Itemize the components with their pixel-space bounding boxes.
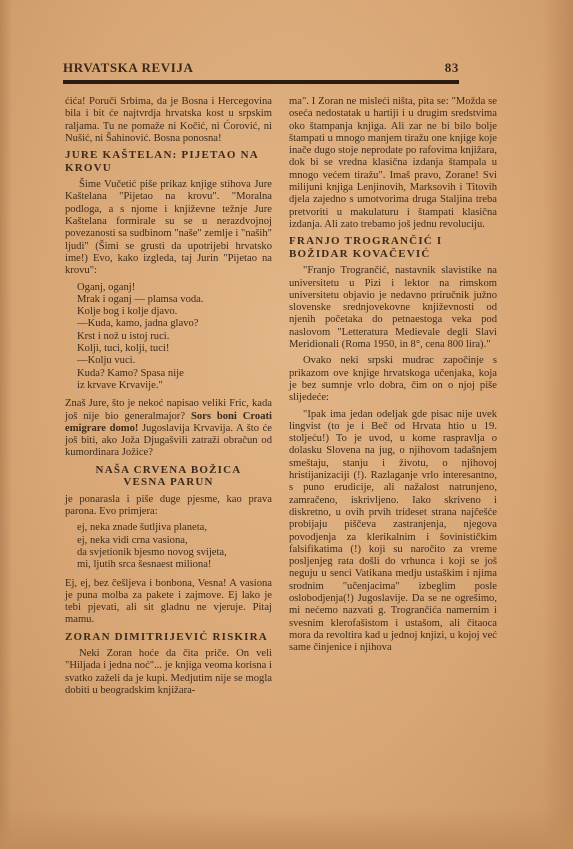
- section-heading-dimitrijevic: ZORAN DIMITRIJEVIĆ RISKIRA: [65, 631, 272, 644]
- intro-paragraph: ćića! Poruči Srbima, da je Bosna i Herce…: [65, 96, 272, 145]
- poem-line: ej, neka znade šutljiva planeta,: [77, 522, 272, 534]
- poem-line: Oganj, oganj!: [77, 282, 272, 294]
- poem-line: iz krvave Krvavije.": [77, 380, 272, 392]
- journal-title: HRVATSKA REVIJA: [63, 60, 194, 76]
- heading-line: VESNA PARUN: [123, 476, 213, 488]
- left-column: ćića! Poruči Srbima, da je Bosna i Herce…: [65, 96, 272, 701]
- trograncic-paragraph-2: Ovako neki srpski mudrac započinje s pri…: [289, 355, 497, 404]
- right-column: ma". I Zoran ne misleći ništa, pita se: …: [289, 96, 497, 658]
- poem-line: Kolji, tuci, kolji, tuci!: [77, 343, 272, 355]
- poem-line: Krst i nož u istoj ruci.: [77, 331, 272, 343]
- kastelan-closing: Znaš Jure, što je nekoć napisao veliki F…: [65, 398, 272, 459]
- poem-line: —Kolju vuci.: [77, 355, 272, 367]
- section-heading-kastelan: JURE KAŠTELAN: PIJETAO NA KROVU: [65, 149, 272, 174]
- poem-line: da svjetionik bjesmo novog svijeta,: [77, 547, 272, 559]
- poem-line: Mrak i oganj — plamsa voda.: [77, 294, 272, 306]
- section-heading-parun: NAŠA CRVENA BOŽICA VESNA PARUN: [65, 464, 272, 489]
- trograncic-paragraph-1: "Franjo Trogrančić, nastavnik slavistike…: [289, 265, 497, 351]
- poem-line: —Kuda, kamo, jadna glavo?: [77, 318, 272, 330]
- section-heading-trograncic: FRANJO TROGRANČIĆ I BOŽIDAR KOVAČEVIĆ: [289, 235, 497, 260]
- page-shadow-left: [0, 0, 12, 849]
- page-number: 83: [445, 60, 459, 76]
- poem-line: ej, neka vidi crna vasiona,: [77, 535, 272, 547]
- trograncic-paragraph-3: "Ipak ima jedan odeljak gde pisac nije u…: [289, 409, 497, 655]
- poem-line: Kolje bog i kolje djavo.: [77, 306, 272, 318]
- parun-closing: Ej, ej, bez češljeva i bonbona, Vesna! A…: [65, 578, 272, 627]
- magazine-page: HRVATSKA REVIJA 83 ćića! Poruči Srbima, …: [0, 0, 573, 849]
- parun-paragraph: je ponarasla i piše duge pjesme, kao pra…: [65, 494, 272, 519]
- continuation-paragraph: ma". I Zoran ne misleći ništa, pita se: …: [289, 96, 497, 231]
- kastelan-paragraph: Šime Vučetić piše prikaz knjige stihova …: [65, 179, 272, 277]
- page-shadow-right: [543, 0, 573, 849]
- running-header: HRVATSKA REVIJA 83: [63, 60, 459, 76]
- parun-poem: ej, neka znade šutljiva planeta, ej, nek…: [77, 522, 272, 571]
- dimitrijevic-paragraph: Neki Zoran hoće da čita priče. On veli "…: [65, 648, 272, 697]
- poem-line: Kuda? Kamo? Spasa nije: [77, 368, 272, 380]
- poem-line: mi, ljutih srca šesnaest miliona!: [77, 559, 272, 571]
- header-rule: [63, 80, 459, 84]
- heading-line: NAŠA CRVENA BOŽICA: [96, 464, 242, 476]
- kastelan-poem: Oganj, oganj! Mrak i oganj — plamsa voda…: [77, 282, 272, 393]
- page-shadow-bottom: [0, 809, 573, 849]
